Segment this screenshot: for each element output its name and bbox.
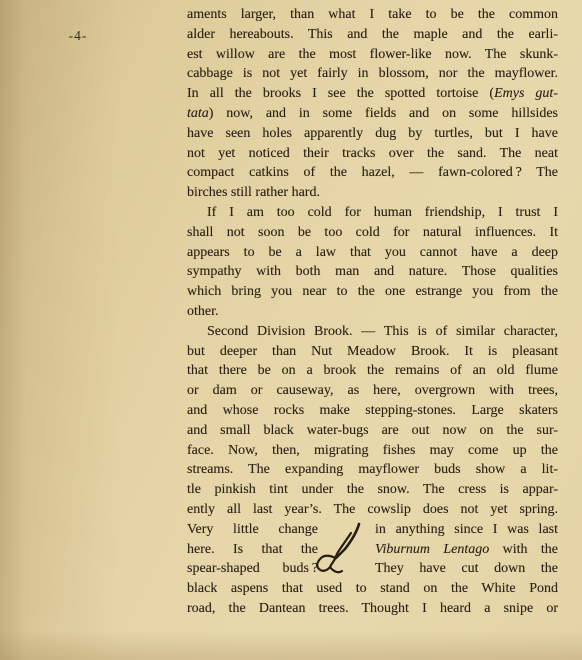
text-column: aments larger, than what I take to be th… [187, 5, 558, 619]
text-line: appears to be a law that you cannot have… [187, 243, 558, 263]
text-line: that there be on a brook the remains of … [187, 361, 558, 381]
text-line: here. Is that theViburnum Lentago with t… [187, 540, 558, 560]
text-line-left-of-sketch: spear-shaped buds ? [187, 559, 318, 579]
text-segment: not yet noticed their tracks over the sa… [187, 146, 558, 161]
text-segment: In all the brooks I see the spotted tort… [187, 86, 494, 101]
text-segment: They have cut down the [375, 561, 558, 576]
text-line: alder hereabouts. This and the maple and… [187, 25, 558, 45]
text-line: black aspens that used to stand on the W… [187, 579, 558, 599]
page-number: -4- [60, 28, 96, 44]
text-line-right-of-sketch: in anything since I was last [375, 520, 558, 540]
text-line: tle pinkish tint under the snow. The cre… [187, 480, 558, 500]
text-segment: streams. The expanding mayflower buds sh… [187, 462, 558, 477]
text-segment: or dam or causeway, as here, overgrown w… [187, 383, 558, 398]
text-segment: shall not soon be too cold for natural i… [187, 225, 558, 240]
text-line: and whose rocks make stepping-stones. La… [187, 401, 558, 421]
text-line: have seen holes apparently dug by turtle… [187, 124, 558, 144]
text-segment: birches still rather hard. [187, 185, 320, 200]
text-line: birches still rather hard. [187, 183, 558, 203]
text-segment: If I am too cold for human friendship, I… [207, 205, 558, 220]
text-line: and small black water-bugs are out now o… [187, 421, 558, 441]
text-segment: in anything since I was last [375, 522, 558, 537]
text-line: or dam or causeway, as here, overgrown w… [187, 381, 558, 401]
text-line-right-of-sketch: Viburnum Lentago with the [375, 540, 558, 560]
text-segment: aments larger, than what I take to be th… [187, 7, 558, 22]
text-line: Second Division Brook. — This is of simi… [187, 322, 558, 342]
text-segment: other. [187, 304, 219, 319]
text-segment: and small black water-bugs are out now o… [187, 423, 558, 438]
text-line: not yet noticed their tracks over the sa… [187, 144, 558, 164]
text-segment: black aspens that used to stand on the W… [187, 581, 558, 596]
text-segment: alder hereabouts. This and the maple and… [187, 27, 558, 42]
text-segment: with the [489, 542, 558, 557]
text-segment: here. Is that the [187, 542, 318, 557]
text-segment: est willow are the most flower-like now.… [187, 47, 558, 62]
text-segment: Very little change [187, 522, 318, 537]
text-segment: sympathy with both man and nature. Those… [187, 264, 558, 279]
text-segment: ) now, and in some fields and on some hi… [209, 106, 558, 121]
text-line: If I am too cold for human friendship, I… [187, 203, 558, 223]
text-segment: Second Division Brook. — This is of simi… [207, 324, 558, 339]
text-line: streams. The expanding mayflower buds sh… [187, 460, 558, 480]
italic-text-segment: Viburnum Lentago [375, 542, 489, 557]
text-line: ently all last year’s. The cowslip does … [187, 500, 558, 520]
text-segment: road, the Dantean trees. Thought I heard… [187, 601, 558, 616]
text-segment: face. Now, then, migrating fishes may co… [187, 443, 558, 458]
text-line-right-of-sketch: They have cut down the [375, 559, 558, 579]
text-line: aments larger, than what I take to be th… [187, 5, 558, 25]
text-segment: that there be on a brook the remains of … [187, 363, 558, 378]
text-segment: tle pinkish tint under the snow. The cre… [187, 482, 558, 497]
text-segment: appears to be a law that you cannot have… [187, 245, 558, 260]
text-line-left-of-sketch: Very little change [187, 520, 318, 540]
text-line: cabbage is not yet fairly in blossom, no… [187, 64, 558, 84]
italic-text-segment: tata [187, 106, 209, 121]
text-line: sympathy with both man and nature. Those… [187, 262, 558, 282]
text-segment: spear-shaped buds ? [187, 561, 318, 576]
text-segment: compact catkins of the hazel, — fawn-col… [187, 165, 558, 180]
text-line: est willow are the most flower-like now.… [187, 45, 558, 65]
text-line: compact catkins of the hazel, — fawn-col… [187, 163, 558, 183]
text-line: which bring you near to the one estrange… [187, 282, 558, 302]
text-line: In all the brooks I see the spotted tort… [187, 84, 558, 104]
text-segment: which bring you near to the one estrange… [187, 284, 558, 299]
text-line: face. Now, then, migrating fishes may co… [187, 441, 558, 461]
italic-text-segment: Emys gut- [494, 86, 558, 101]
book-page: -4- aments larger, than what I take to b… [0, 0, 582, 660]
twig-bud-sketch [314, 521, 362, 581]
text-line: road, the Dantean trees. Thought I heard… [187, 599, 558, 619]
text-line-left-of-sketch: here. Is that the [187, 540, 318, 560]
text-line: shall not soon be too cold for natural i… [187, 223, 558, 243]
text-segment: ently all last year’s. The cowslip does … [187, 502, 558, 517]
text-line: but deeper than Nut Meadow Brook. It is … [187, 342, 558, 362]
text-segment: cabbage is not yet fairly in blossom, no… [187, 66, 558, 81]
text-line: tata) now, and in some fields and on som… [187, 104, 558, 124]
text-segment: and whose rocks make stepping-stones. La… [187, 403, 558, 418]
text-segment: have seen holes apparently dug by turtle… [187, 126, 558, 141]
text-segment: but deeper than Nut Meadow Brook. It is … [187, 344, 558, 359]
text-line: spear-shaped buds ?They have cut down th… [187, 559, 558, 579]
text-line: Very little changein anything since I wa… [187, 520, 558, 540]
text-line: other. [187, 302, 558, 322]
